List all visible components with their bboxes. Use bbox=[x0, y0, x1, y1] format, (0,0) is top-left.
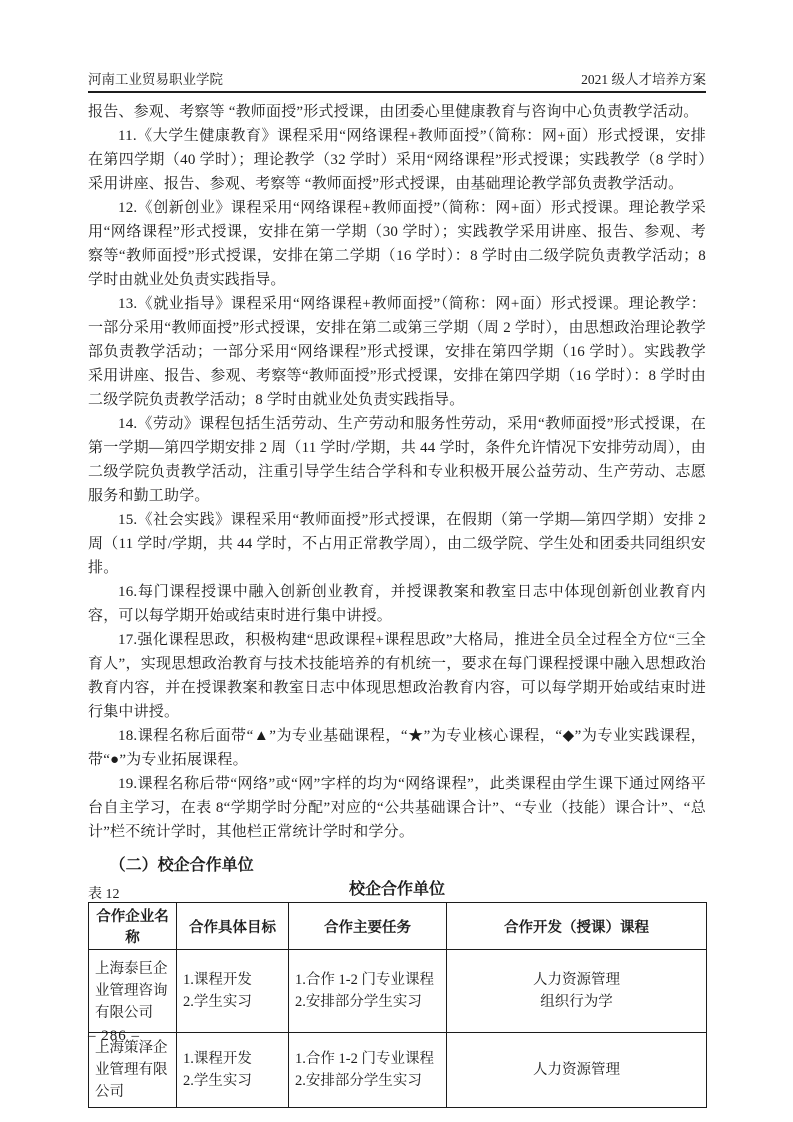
body-paragraph-19: 19.课程名称后带“网络”或“网”字样的均为“网络课程”，此类课程由学生课下通过… bbox=[88, 772, 706, 844]
body-paragraph-12: 12.《创新创业》课程采用“网络课程+教师面授”（简称：网+面）形式授课。理论教… bbox=[88, 196, 706, 292]
running-header: 河南工业贸易职业学院 2021 级人才培养方案 bbox=[88, 71, 706, 93]
table-header-tasks: 合作主要任务 bbox=[289, 903, 447, 950]
body-paragraph-18: 18.课程名称后面带“▲”为专业基础课程，“★”为专业核心课程，“◆”为专业实践… bbox=[88, 724, 706, 772]
document-page: 河南工业贸易职业学院 2021 级人才培养方案 报告、参观、考察等 “教师面授”… bbox=[0, 0, 793, 1122]
body-paragraph-11: 11.《大学生健康教育》课程采用“网络课程+教师面授”（简称：网+面）形式授课，… bbox=[88, 124, 706, 196]
page-number: – 286 – bbox=[88, 1028, 140, 1045]
cell-courses: 人力资源管理 bbox=[447, 1033, 707, 1108]
table-caption: 表 12 校企合作单位 bbox=[88, 879, 706, 901]
page-body: 报告、参观、考察等 “教师面授”形式授课，由团委心里健康教育与咨询中心负责教学活… bbox=[88, 100, 706, 1108]
cell-courses: 人力资源管理 组织行为学 bbox=[447, 950, 707, 1033]
section-heading: （二）校企合作单位 bbox=[88, 854, 706, 878]
cooperation-table: 合作企业名称 合作具体目标 合作主要任务 合作开发（授课）课程 上海泰巨企业管理… bbox=[88, 902, 707, 1108]
table-row: 上海策泽企业管理有限公司 1.课程开发 2.学生实习 1.合作 1-2 门专业课… bbox=[89, 1033, 707, 1108]
body-paragraph-14: 14.《劳动》课程包括生活劳动、生产劳动和服务性劳动，采用“教师面授”形式授课，… bbox=[88, 412, 706, 508]
cell-goals: 1.课程开发 2.学生实习 bbox=[177, 950, 289, 1033]
header-program-name: 2021 级人才培养方案 bbox=[581, 71, 706, 88]
body-paragraph-15: 15.《社会实践》课程采用“教师面授”形式授课，在假期（第一学期—第四学期）安排… bbox=[88, 508, 706, 580]
cell-goals: 1.课程开发 2.学生实习 bbox=[177, 1033, 289, 1108]
header-school-name: 河南工业贸易职业学院 bbox=[88, 71, 223, 88]
table-header-company: 合作企业名称 bbox=[89, 903, 177, 950]
cell-tasks: 1.合作 1-2 门专业课程 2.安排部分学生实习 bbox=[289, 950, 447, 1033]
body-paragraph-16: 16.每门课程授课中融入创新创业教育，并授课教案和教室日志中体现创新创业教育内容… bbox=[88, 580, 706, 628]
body-paragraph-13: 13.《就业指导》课程采用“网络课程+教师面授”（简称：网+面）形式授课。理论教… bbox=[88, 292, 706, 412]
table-header-goals: 合作具体目标 bbox=[177, 903, 289, 950]
body-paragraph-continuation: 报告、参观、考察等 “教师面授”形式授课，由团委心里健康教育与咨询中心负责教学活… bbox=[88, 100, 706, 124]
table-header-courses: 合作开发（授课）课程 bbox=[447, 903, 707, 950]
body-paragraph-17: 17.强化课程思政，积极构建“思政课程+课程思政”大格局，推进全员全过程全方位“… bbox=[88, 628, 706, 724]
cell-tasks: 1.合作 1-2 门专业课程 2.安排部分学生实习 bbox=[289, 1033, 447, 1108]
table-label: 表 12 bbox=[88, 883, 120, 903]
table-row: 上海泰巨企业管理咨询有限公司 1.课程开发 2.学生实习 1.合作 1-2 门专… bbox=[89, 950, 707, 1033]
table-title: 校企合作单位 bbox=[88, 879, 706, 901]
cell-company: 上海泰巨企业管理咨询有限公司 bbox=[89, 950, 177, 1033]
table-header-row: 合作企业名称 合作具体目标 合作主要任务 合作开发（授课）课程 bbox=[89, 903, 707, 950]
